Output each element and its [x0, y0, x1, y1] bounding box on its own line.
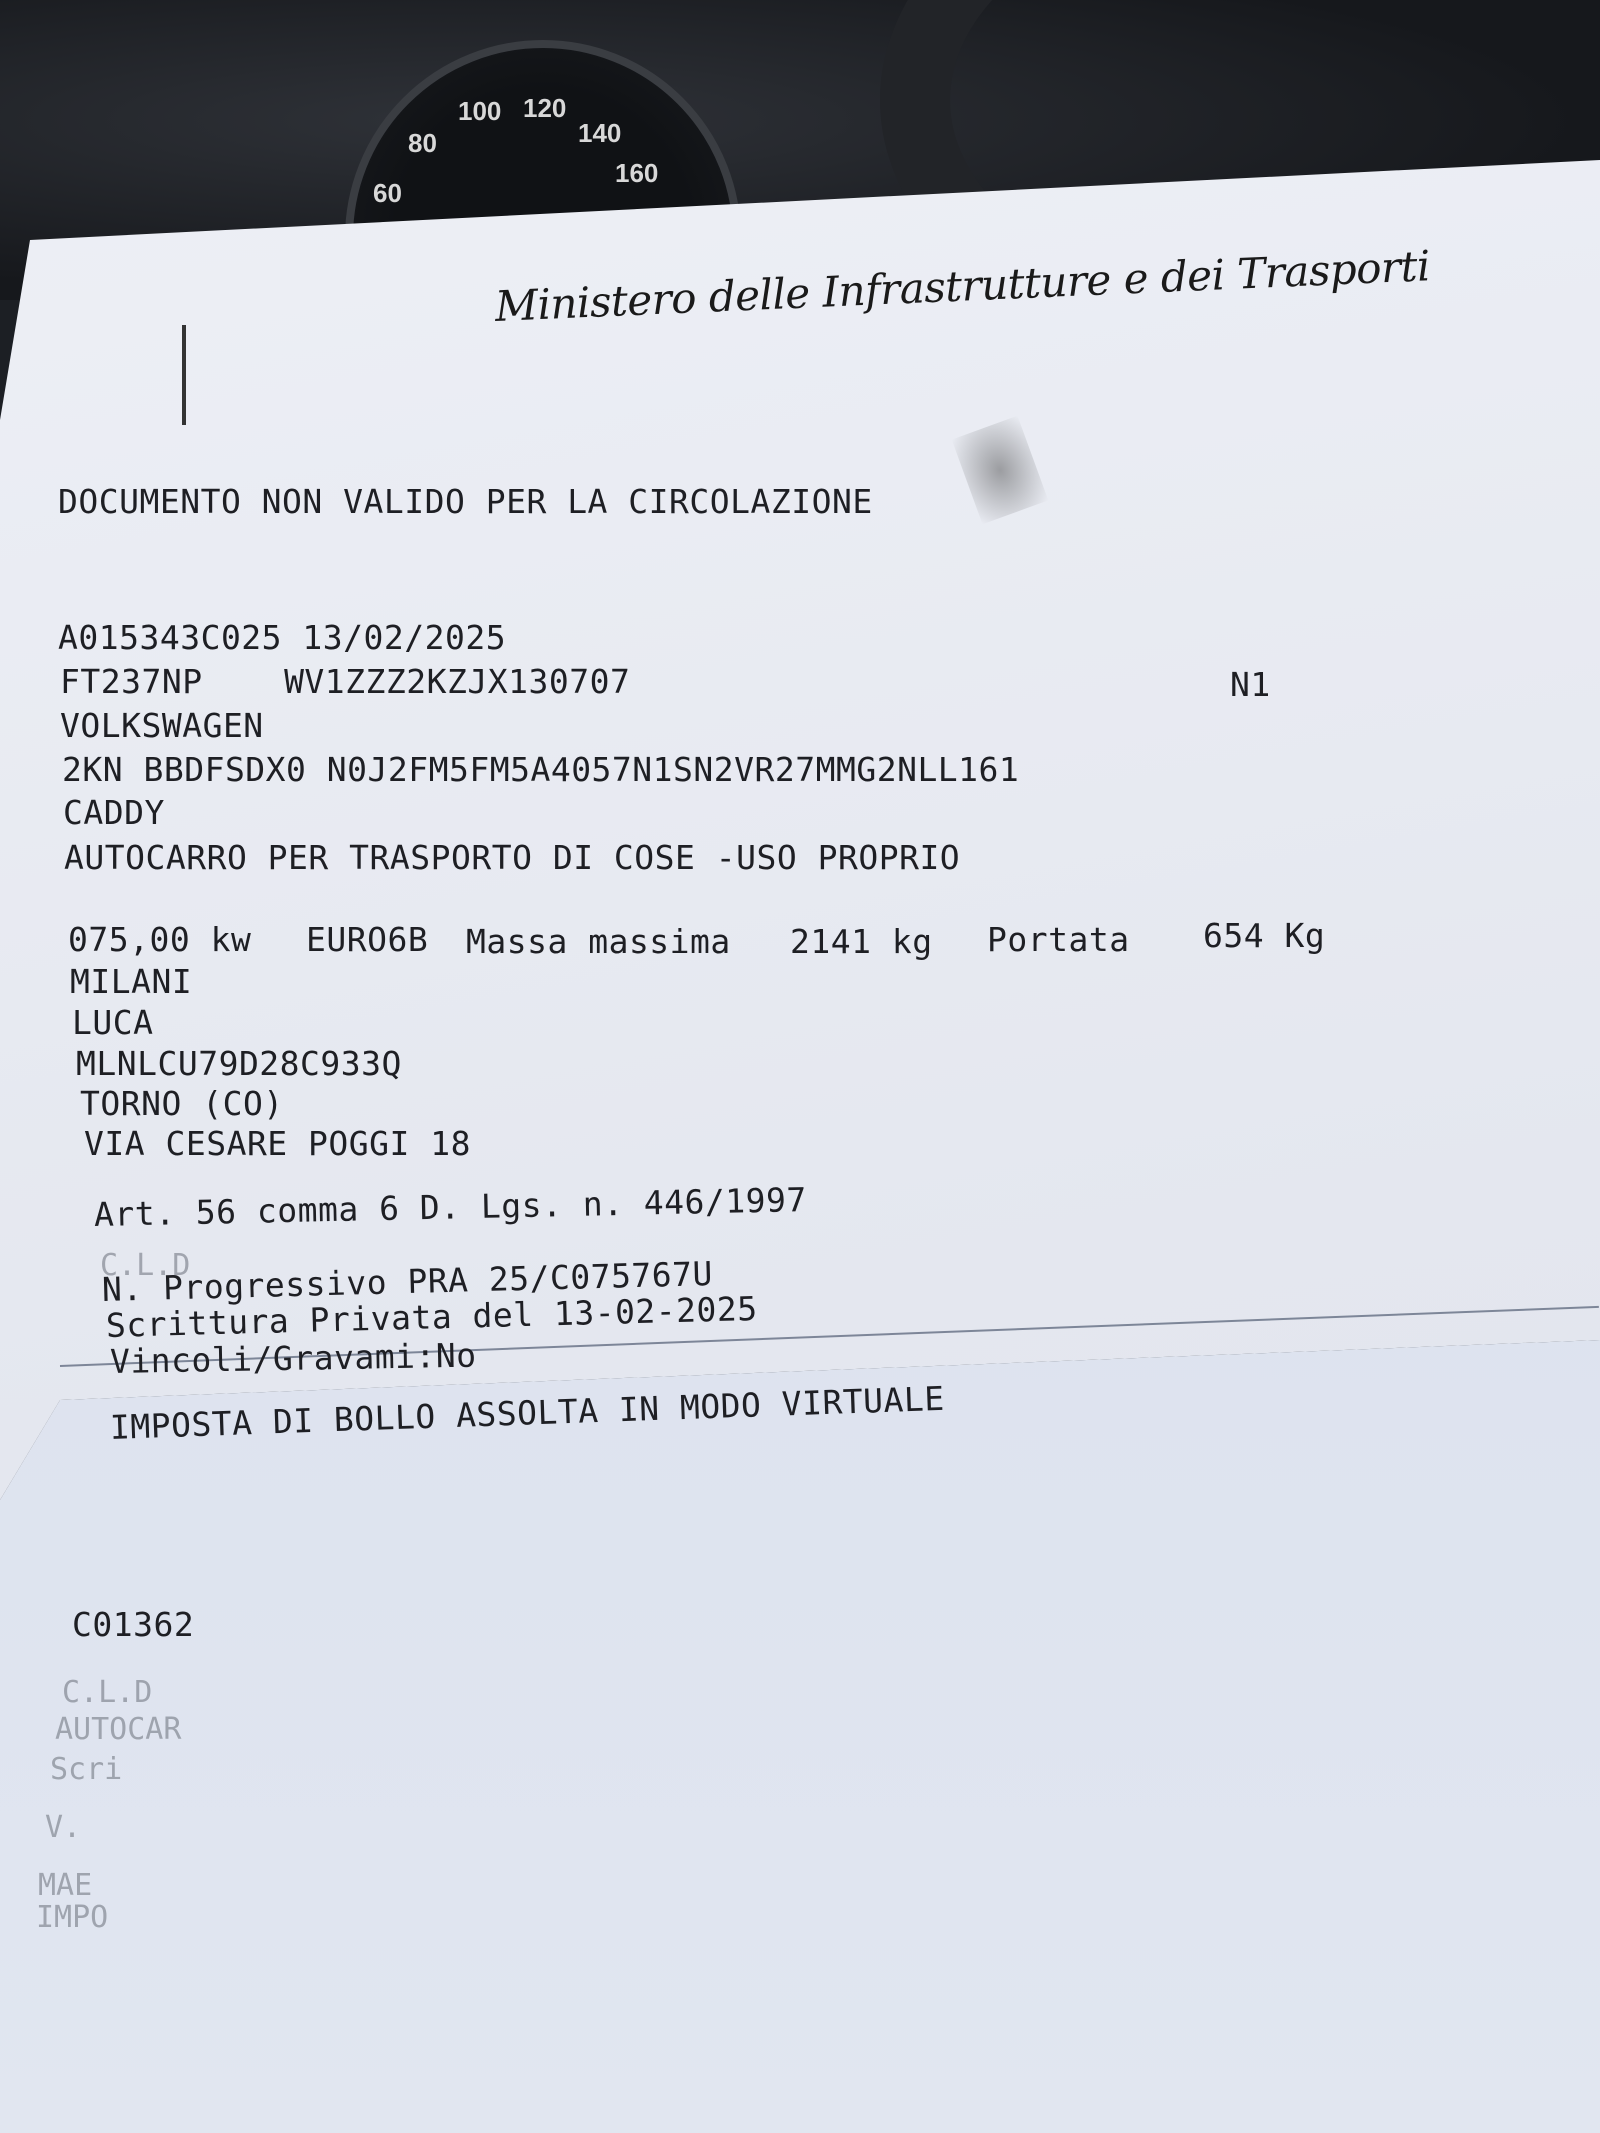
record-date: 13/02/2025 — [302, 618, 506, 657]
type-approval-code: 2KN BBDFSDX0 N0J2FM5FM5A4057N1SN2VR27MMG… — [62, 750, 1019, 789]
speed-label: 60 — [373, 178, 402, 209]
speed-label: 120 — [523, 93, 566, 124]
max-mass-label: Massa massima — [466, 922, 731, 961]
owner-address: VIA CESARE POGGI 18 — [84, 1124, 471, 1163]
power: 075,00 kw — [68, 920, 251, 959]
max-mass-value: 2141 kg — [790, 922, 933, 961]
invalid-notice: DOCUMENTO NON VALIDO PER LA CIRCOLAZIONE — [58, 482, 873, 521]
vehicle-category: N1 — [1230, 665, 1271, 704]
speed-label: 140 — [578, 118, 621, 149]
owner-name: LUCA — [72, 1003, 153, 1042]
payload-label: Portata — [987, 920, 1130, 959]
ghost-print: C.L.D — [62, 1675, 152, 1710]
ghost-print: Scri — [50, 1752, 122, 1787]
ghost-print: MAE — [38, 1868, 92, 1903]
tax-code: MLNLCU79D28C933Q — [76, 1044, 402, 1083]
plate-number: FT237NP — [60, 662, 203, 701]
ghost-print: AUTOCAR — [55, 1712, 181, 1747]
office-code: C01362 — [72, 1605, 194, 1644]
vehicle-model: CADDY — [63, 793, 165, 832]
owner-surname: MILANI — [70, 962, 192, 1001]
owner-city: TORNO (CO) — [80, 1084, 284, 1123]
vin-number: WV1ZZZ2KZJX130707 — [284, 662, 630, 701]
payload-value: 654 Kg — [1203, 916, 1325, 955]
record-line: A015343C025 13/02/2025 — [58, 618, 506, 657]
ghost-print: IMPO — [36, 1900, 108, 1935]
speed-label: 100 — [458, 96, 501, 127]
print-mark — [182, 325, 186, 425]
speed-label: 80 — [408, 128, 437, 159]
ghost-print: V. — [45, 1810, 81, 1845]
record-id: A015343C025 — [58, 618, 282, 657]
liens-status: Vincoli/Gravami:No — [110, 1336, 477, 1381]
vehicle-usage: AUTOCARRO PER TRASPORTO DI COSE -USO PRO… — [64, 838, 960, 877]
speed-label: 160 — [615, 158, 658, 189]
vehicle-make: VOLKSWAGEN — [60, 706, 264, 745]
emission-class: EURO6B — [306, 920, 428, 959]
plate-vin-line: FT237NP WV1ZZZ2KZJX130707 — [60, 662, 630, 701]
